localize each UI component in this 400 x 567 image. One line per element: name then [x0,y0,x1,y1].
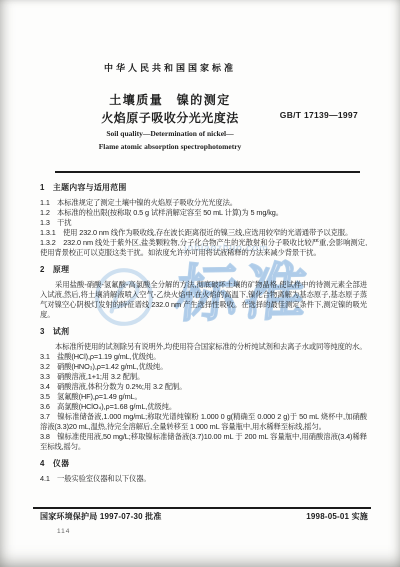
footer-divider [33,507,371,509]
section-2-paragraph: 采用盐酸-硝酸-氢氟酸-高氯酸全分解的方法,彻底破坏土壤的矿物晶格,使试样中的待… [40,280,367,320]
clause-1-3-2: 1.3.2 232.0 nm 线处于紫外区,盐类颗粒物,分子化合物产生的光散射和… [40,238,367,258]
clause-3-8: 3.8 镍标准使用液,50 mg/L;移取镍标准储备液(3.7)10.00 mL… [40,432,367,452]
clause-3-7: 3.7 镍标准储备液,1.000 mg/mL;称取光谱纯镍粉 1.000 0 g… [40,412,367,432]
clause-3-5: 3.5 氢氟酸(HF),ρ=1.49 g/mL。 [40,392,367,402]
clause-3-1: 3.1 盐酸(HCl),ρ=1.19 g/mL,优级纯。 [40,352,367,362]
section-4-heading: 4 仪器 [40,459,367,469]
document-body: 1 主题内容与适用范围 1.1 本标准规定了测定土壤中镍的火焰原子吸收分光光度法… [40,179,367,484]
page-number: 114 [57,528,70,535]
clause-1-2: 1.2 本标准的检出限(按称取 0.5 g 试样消解定容至 50 mL 计算)为… [40,208,367,218]
clause-3-2: 3.2 硝酸(HNO₃),ρ=1.42 g/mL,优级纯。 [40,362,367,372]
doc-title-line2: 火焰原子吸收分光光度法 [28,109,312,126]
approval-line: 国家环境保护局 1997-07-30 批准 [40,511,162,522]
implementation-date: 1998-05-01 实施 [306,511,368,522]
doc-title-english-line2: Flame atomic absorption spectrophotometr… [28,142,312,151]
header-divider [55,171,360,173]
clause-1-1: 1.1 本标准规定了测定土壤中镍的火焰原子吸收分光光度法。 [40,198,367,208]
clause-3-6: 3.6 高氯酸(HClO₄),ρ=1.68 g/mL,优级纯。 [40,402,367,412]
clause-3-3: 3.3 硝酸溶液,1+1;用 3.2 配制。 [40,372,367,382]
section-1-heading: 1 主题内容与适用范围 [40,183,367,193]
clause-4-1: 4.1 一般实验室仪器和以下仪器。 [40,474,367,484]
clause-3-4: 3.4 硝酸溶液,体积分数为 0.2%;用 3.2 配制。 [40,382,367,392]
clause-1-3: 1.3 干扰 [40,218,367,228]
section-2-heading: 2 原理 [40,265,367,275]
clause-1-3-1: 1.3.1 使用 232.0 nm 线作为吸收线,存在波长距离很近的镍三线,应选… [40,228,367,238]
standard-org-line: 中华人民共和国国家标准 [28,61,312,74]
section-3-intro: 本标准所使用的试剂除另有说明外,均使用符合国家标准的分析纯试剂和去离子水或同等纯… [40,342,367,352]
standard-number: GB/T 17139—1997 [280,110,358,120]
document-page: 标准 jnbiaozhun.com 中华人民共和国国家标准 土壤质量 镍的测定 … [0,0,400,567]
section-3-heading: 3 试剂 [40,327,367,337]
doc-title-line1: 土壤质量 镍的测定 [28,91,312,108]
doc-title-english-line1: Soil quality—Determination of nickel— [28,129,312,138]
